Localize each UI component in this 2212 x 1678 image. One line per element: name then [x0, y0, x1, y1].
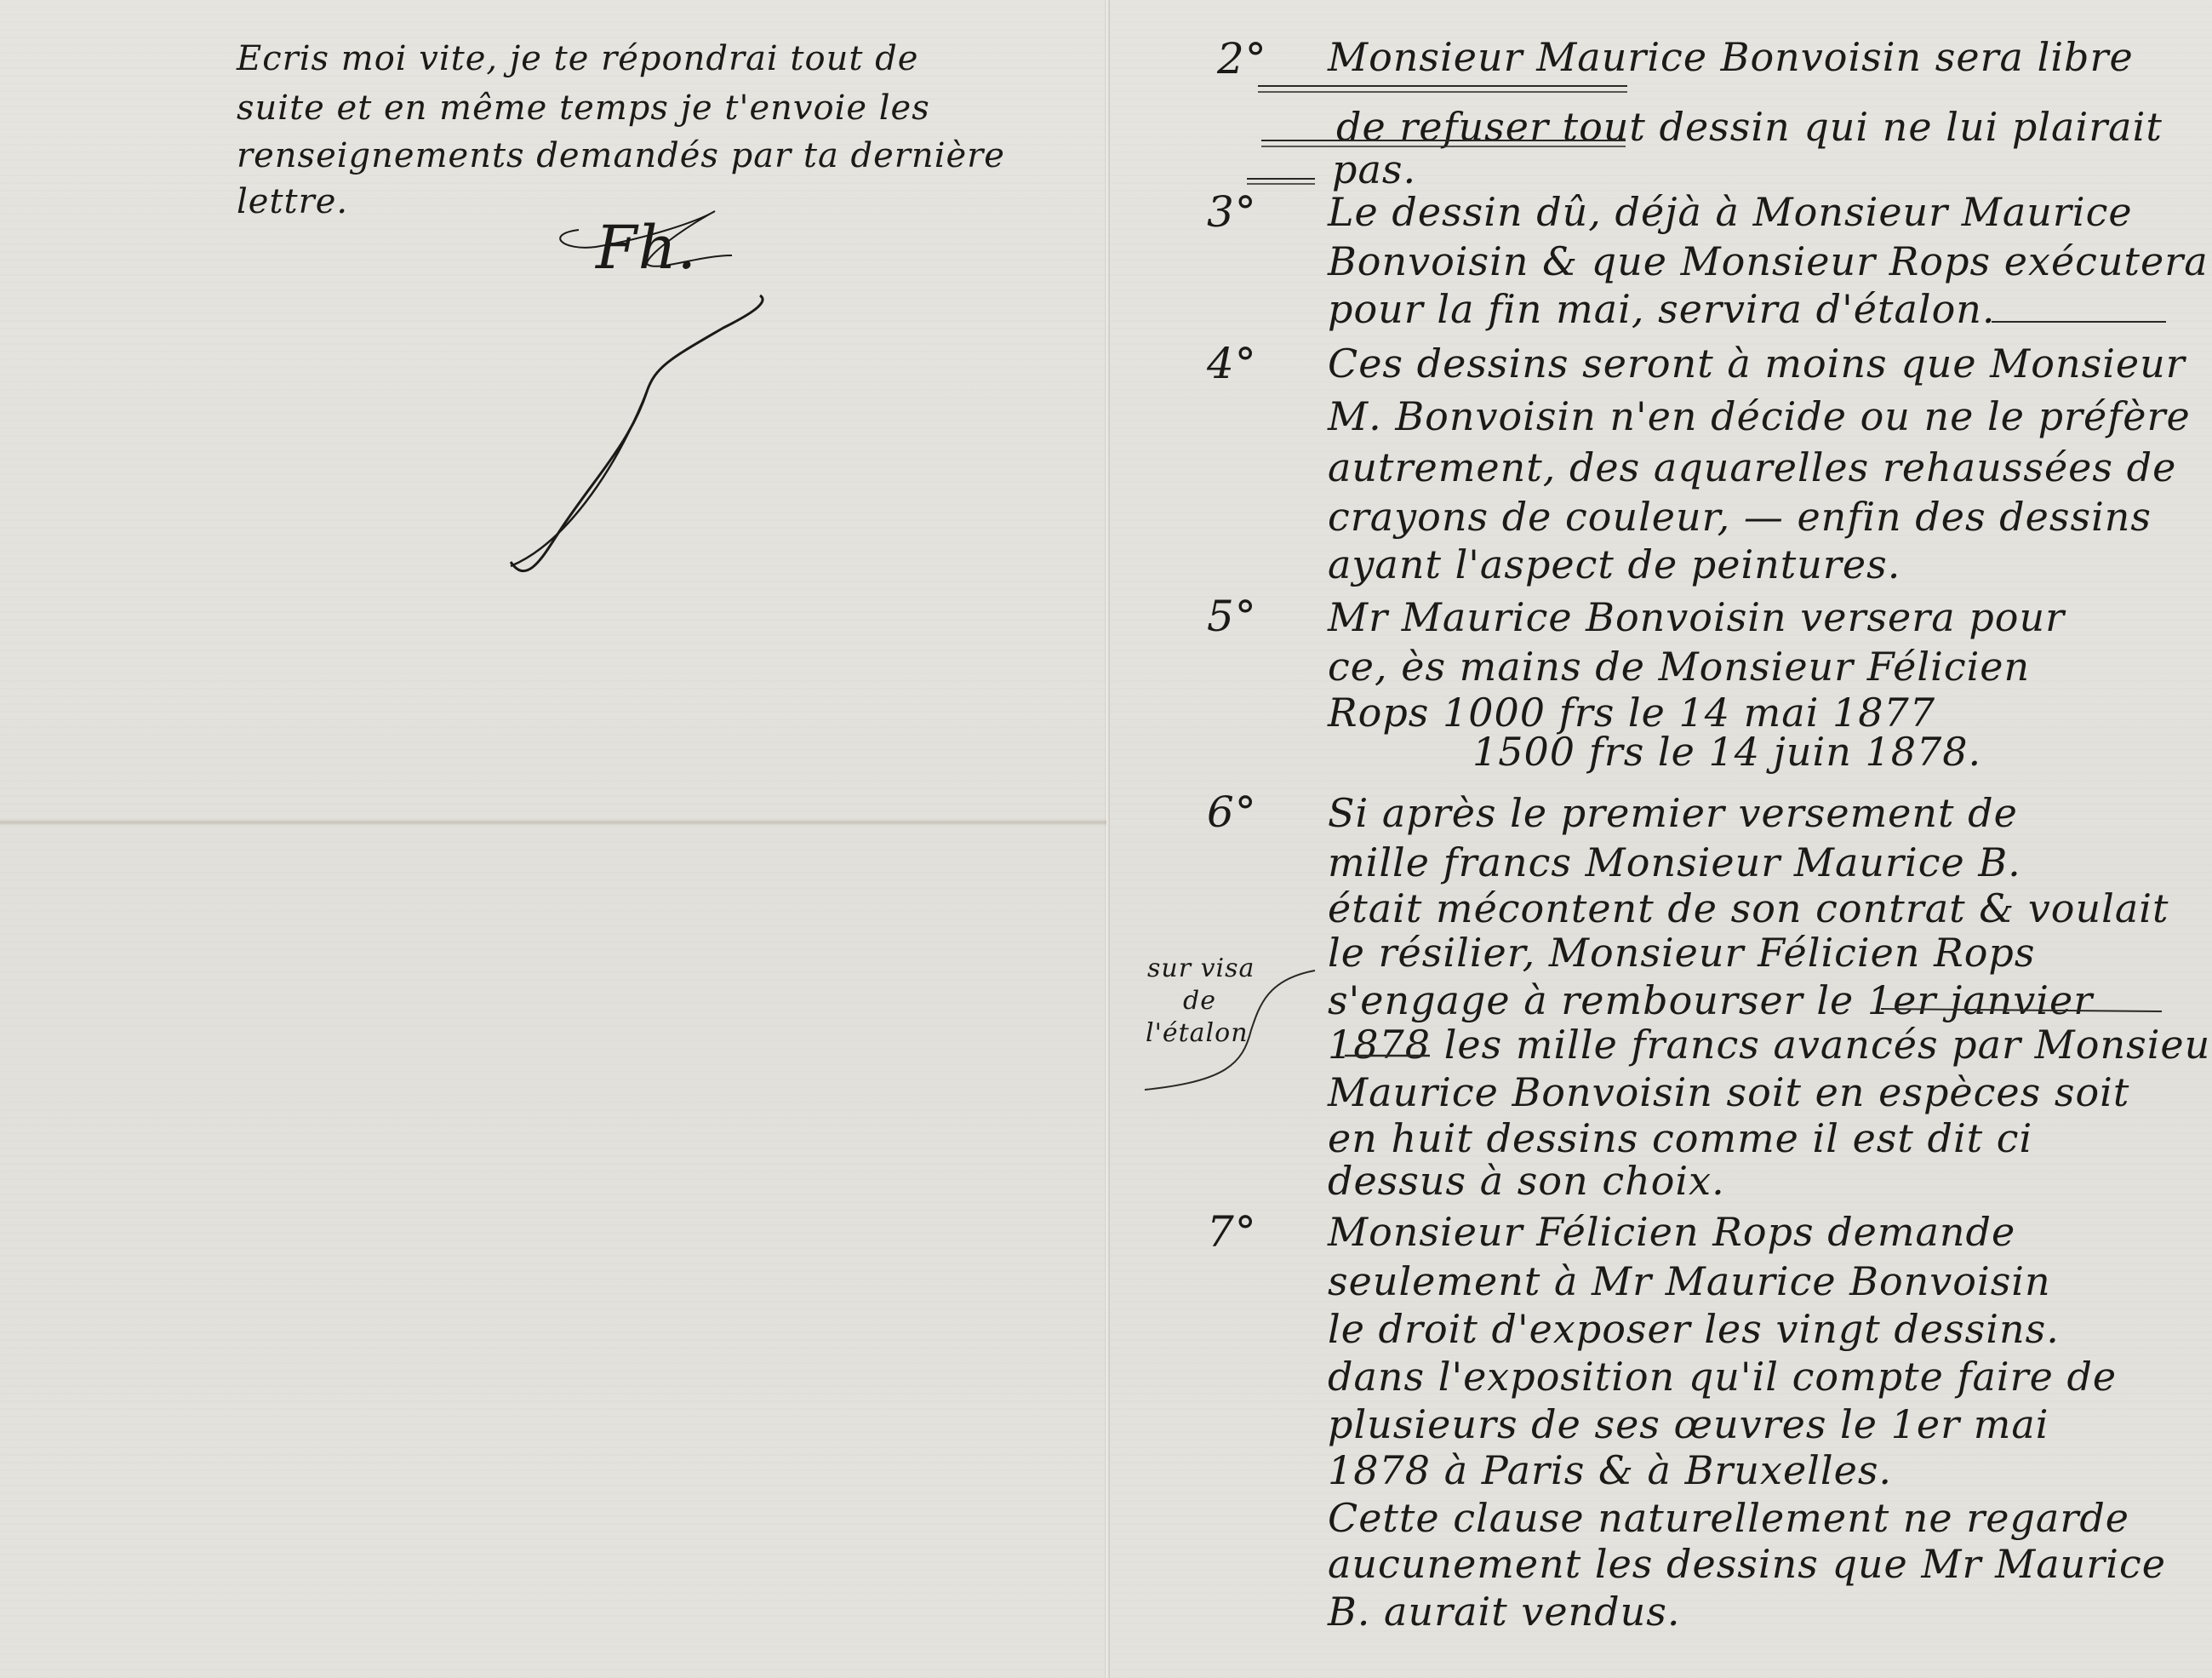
clause-4-line-1: Ces dessins seront à moins que Monsieur [1328, 341, 2186, 387]
clause-number-6: 6° [1207, 787, 1257, 837]
clause-7-line-6: 1878 à Paris & à Bruxelles. [1328, 1447, 1892, 1493]
clause-4-line-4: crayons de couleur, — enfin des dessins [1328, 494, 2152, 540]
clause-6-line-7: Maurice Bonvoisin soit en espèces soit [1328, 1069, 2129, 1115]
clause-3-line-1: Le dessin dû, déjà à Monsieur Maurice [1328, 189, 2133, 235]
left-line-4: lettre. [237, 182, 348, 221]
clause-number-5: 5° [1207, 592, 1257, 641]
clause-5-line-4: 1500 frs le 14 juin 1878. [1472, 729, 1981, 775]
clause-7-line-9: B. aurait vendus. [1328, 1589, 1680, 1635]
clause-6-line-9: dessus à son choix. [1328, 1158, 1725, 1204]
clause-6-line-8: en huit dessins comme il est dit ci [1328, 1115, 2032, 1161]
clause-2-line-2: de refuser tout dessin qui ne lui plaira… [1336, 104, 2163, 150]
clause-4-line-3: autrement, des aquarelles rehaussées de [1328, 444, 2176, 490]
clause-7-line-4: dans l'exposition qu'il compte faire de [1328, 1354, 2117, 1400]
clause-7-line-8: aucunement les dessins que Mr Maurice [1328, 1541, 2166, 1587]
clause-6-line-2: mille francs Monsieur Maurice B. [1328, 839, 2021, 885]
left-line-2: suite et en même temps je t'envoie les [237, 89, 930, 128]
clause-3-line-2: Bonvoisin & que Monsieur Rops exécutera [1328, 238, 2209, 284]
clause-6-line-5: s'engage à rembourser le 1er janvier [1328, 977, 2093, 1023]
margin-note-line-3: l'étalon [1146, 1018, 1249, 1048]
clause-number-2: 2° [1217, 34, 1267, 83]
clause-2-line-1: Monsieur Maurice Bonvoisin sera libre [1328, 34, 2134, 80]
margin-note-line-2: de [1183, 986, 1216, 1016]
clause-7-line-2: seulement à Mr Maurice Bonvoisin [1328, 1258, 2051, 1304]
clause-6-line-3: était mécontent de son contrat & voulait [1328, 885, 2169, 931]
clause-4-line-5: ayant l'aspect de peintures. [1328, 541, 1900, 587]
clause-6-line-6: 1878 les mille francs avancés par Monsie… [1328, 1022, 2212, 1068]
horizontal-fold [0, 819, 1106, 826]
clause-number-4: 4° [1207, 339, 1257, 388]
clause-5-line-1: Mr Maurice Bonvoisin versera pour [1328, 594, 2065, 640]
clause-number-7: 7° [1207, 1207, 1257, 1257]
clause-4-line-2: M. Bonvoisin n'en décide ou ne le préfèr… [1328, 393, 2191, 439]
clause-3-line-3: pour la fin mai, servira d'étalon. [1328, 286, 1996, 332]
clause-7-line-7: Cette clause naturellement ne regarde [1328, 1495, 2129, 1541]
center-fold [1105, 0, 1110, 1678]
clause-7-line-3: le droit d'exposer les vingt dessins. [1328, 1306, 2060, 1352]
left-line-3: renseignements demandés par ta dernière [237, 136, 1005, 175]
signature: Fh. [596, 213, 697, 283]
clause-6-line-4: le résilier, Monsieur Félicien Rops [1328, 930, 2036, 976]
clause-5-line-2: ce, ès mains de Monsieur Félicien [1328, 644, 2030, 690]
left-page [0, 0, 1106, 1678]
clause-2-line-3: pas. [1332, 146, 1416, 192]
left-line-1: Ecris moi vite, je te répondrai tout de [237, 39, 918, 78]
clause-7-line-1: Monsieur Félicien Rops demande [1328, 1209, 2015, 1255]
clause-number-3: 3° [1207, 187, 1257, 237]
clause-6-line-1: Si après le premier versement de [1328, 790, 2018, 836]
margin-note-line-1: sur visa [1147, 954, 1255, 983]
clause-7-line-5: plusieurs de ses œuvres le 1er mai [1328, 1401, 2049, 1447]
